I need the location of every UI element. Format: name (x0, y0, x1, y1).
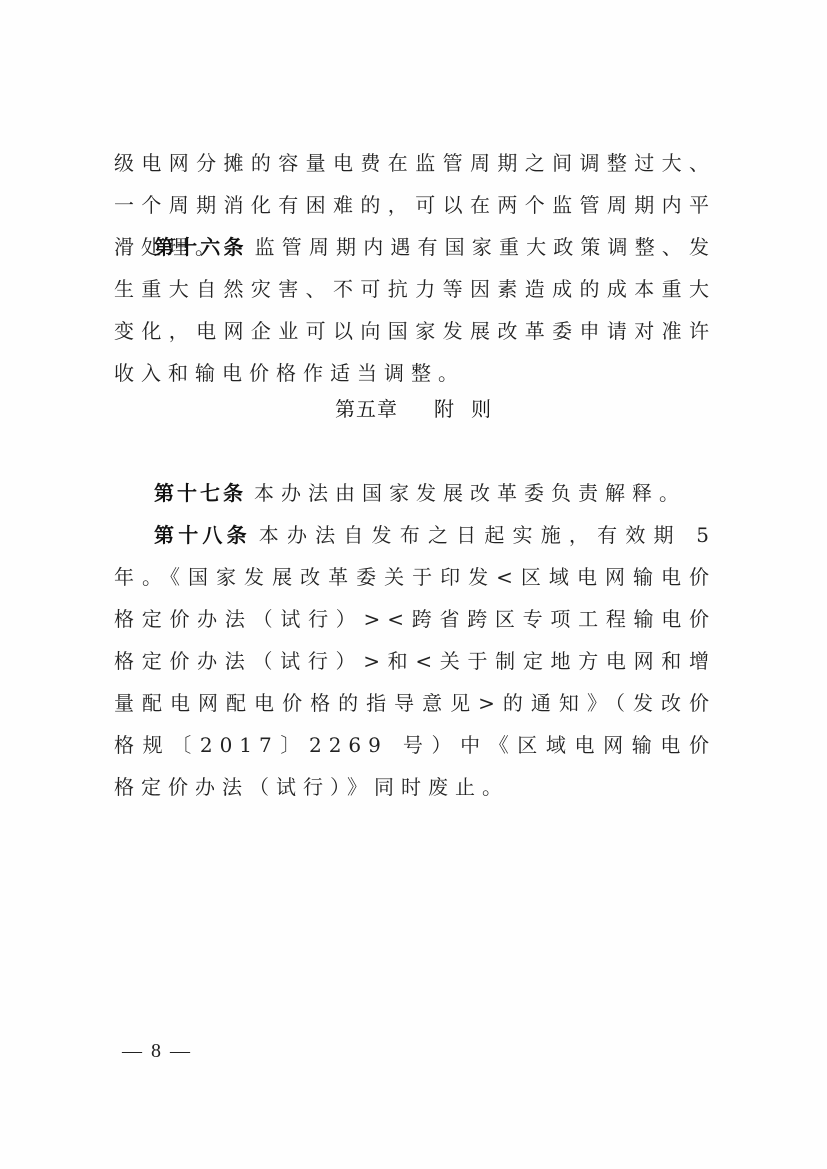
chapter-title-part-1: 附 (434, 397, 455, 421)
paragraph-article-16: 第十六条监管周期内遇有国家重大政策调整、发生重大自然灾害、不可抗力等因素造成的成… (114, 226, 716, 394)
document-page: 级电网分摊的容量电费在监管周期之间调整过大、一个周期消化有困难的，可以在两个监管… (0, 0, 827, 1169)
chapter-heading: 第五章附则 (0, 393, 827, 425)
article-text: 本办法由国家发展改革委负责解释。 (254, 481, 686, 505)
chapter-number: 第五章 (335, 397, 398, 421)
page-number: — 8 — (122, 1040, 192, 1063)
chapter-title-part-2: 则 (471, 397, 492, 421)
paragraph-article-17: 第十七条本办法由国家发展改革委负责解释。 (114, 472, 716, 514)
article-text: 本办法自发布之日起实施，有效期 5 年。《国家发展改革委关于印发<区域电网输电价… (114, 523, 716, 799)
article-number: 第十八条 (154, 523, 251, 547)
article-number: 第十七条 (154, 481, 246, 505)
paragraph-article-18: 第十八条本办法自发布之日起实施，有效期 5 年。《国家发展改革委关于印发<区域电… (114, 514, 716, 808)
article-number: 第十六条 (154, 235, 247, 259)
